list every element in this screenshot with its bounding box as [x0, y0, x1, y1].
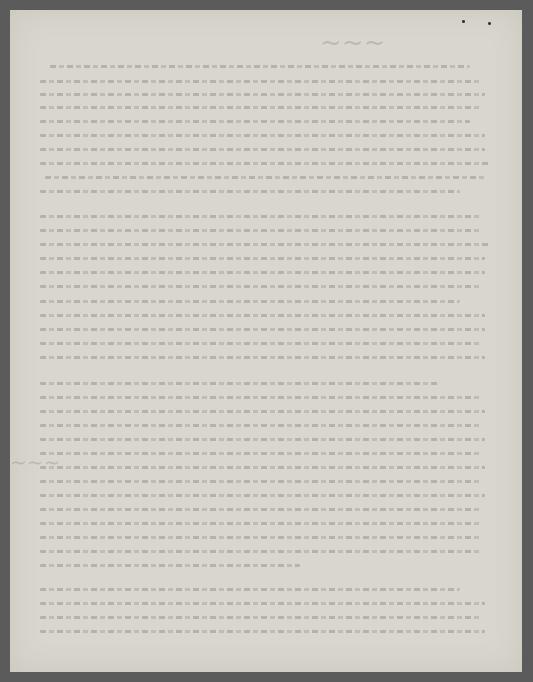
- bleed-line: [40, 508, 480, 511]
- bleed-line: [40, 120, 470, 123]
- bleed-line: [40, 564, 300, 567]
- bleed-line: [40, 271, 485, 274]
- bleed-line: [40, 93, 485, 96]
- bleed-line: [40, 410, 485, 413]
- bleed-line: [40, 215, 480, 218]
- ink-dot: [462, 20, 465, 23]
- bleed-line: [40, 396, 480, 399]
- bleed-line: [40, 243, 490, 246]
- bleed-line: [40, 342, 480, 345]
- bleed-line: [40, 550, 480, 553]
- bleed-line: [40, 190, 460, 193]
- ink-dot: [488, 22, 491, 25]
- bleed-line: [40, 148, 485, 151]
- bleed-line: [40, 285, 480, 288]
- bleed-line: [40, 424, 480, 427]
- bleed-line: [50, 65, 470, 68]
- bleed-line: [40, 80, 480, 83]
- bleed-line: [45, 176, 485, 179]
- bleed-line: [40, 356, 485, 359]
- bleed-line: [40, 588, 460, 591]
- bleed-line: [40, 602, 485, 605]
- bleed-line: [40, 162, 490, 165]
- bleed-line: [40, 452, 480, 455]
- bleed-line: [40, 494, 485, 497]
- bleed-line: [40, 328, 485, 331]
- scanned-page: ~~~ ~~~: [10, 10, 522, 672]
- bleed-line: [40, 536, 480, 539]
- bleed-line: [40, 134, 485, 137]
- bleed-line: [40, 382, 440, 385]
- bleed-line: [40, 300, 460, 303]
- bleed-line: [40, 480, 480, 483]
- bleed-line: [40, 314, 485, 317]
- bleed-line: [40, 438, 485, 441]
- bleed-line: [40, 466, 485, 469]
- bleed-line: [40, 257, 485, 260]
- bleed-line: [40, 630, 485, 633]
- bleed-line: [40, 106, 480, 109]
- bleed-line: [40, 616, 480, 619]
- handwritten-mark-top-right: ~~~: [320, 28, 385, 58]
- bleed-line: [40, 229, 480, 232]
- bleed-line: [40, 522, 480, 525]
